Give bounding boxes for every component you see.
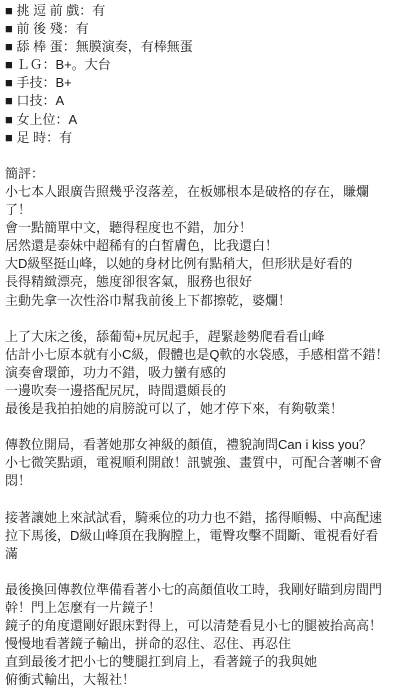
review-paragraph: 最後換回傳教位準備看著小七的高顏值收工時，我剛好瞄到房間門幹！門上怎麼有一片鏡子… — [5, 581, 396, 688]
rating-item: ■ 挑 逗 前 戲：有 — [5, 2, 396, 20]
review-line: 會一點簡單中文，聽得程度也不錯，加分！ — [5, 219, 396, 237]
review-line: 一邊吹奏一邊搭配尻尻，時間還頗長的 — [5, 382, 396, 400]
review-paragraph: 傳教位開局，看著她那女神級的顏值，禮貌詢問Can i kiss you？小七微笑… — [5, 436, 396, 490]
blank-line — [5, 418, 396, 436]
ratings-list: ■ 挑 逗 前 戲：有■ 前 後 殘：有■ 舔 棒 蛋：無膜演奏，有棒無蛋■ Ｌ… — [5, 2, 396, 147]
review-line: 長得精緻漂亮，態度卻很客氣，服務也很好 — [5, 273, 396, 291]
review-line: 估計小七原本就有小C級，假體也是Q軟的水袋感，手感相當不錯！ — [5, 346, 396, 364]
review-line: 滿 — [5, 545, 396, 563]
blank-line — [5, 147, 396, 165]
review-line: 傳教位開局，看著她那女神級的顏值，禮貌詢問Can i kiss you？ — [5, 436, 396, 454]
rating-item: ■ 舔 棒 蛋：無膜演奏，有棒無蛋 — [5, 38, 396, 56]
review-line: 接著讓她上來試試看，騎乘位的功力也不錯，搖得順暢、中高配速 — [5, 509, 396, 527]
blank-line — [5, 310, 396, 328]
review-line: 悶！ — [5, 472, 396, 490]
review-line: 演奏會環節，功力不錯，吸力蠻有感的 — [5, 364, 396, 382]
review-line: 鏡子的角度還剛好跟床對得上，可以清楚看見小七的腿被抬高高！ — [5, 617, 396, 635]
review-line: 小七微笑點頭，電視順利開啟！訊號強、畫質中，可配合著喇不會 — [5, 454, 396, 472]
rating-item: ■ 足 時：有 — [5, 129, 396, 147]
review-line: 簡評： — [5, 165, 396, 183]
review-line: 最後換回傳教位準備看著小七的高顏值收工時，我剛好瞄到房間門 — [5, 581, 396, 599]
review-paragraph: 上了大床之後，舔葡萄+尻尻起手，趕緊趁勢爬看看山峰估計小七原本就有小C級，假體也… — [5, 328, 396, 418]
rating-item: ■ ＬＧ：B+。大台 — [5, 56, 396, 74]
blank-line — [5, 563, 396, 581]
review-line: 慢慢地看著鏡子輸出，拼命的忍住、忍住、再忍住 — [5, 635, 396, 653]
review-body: 簡評：小七本人跟廣告照幾乎沒落差，在板娜根本是破格的存在，賺爛了！會一點簡單中文… — [5, 165, 396, 688]
review-line: 小七本人跟廣告照幾乎沒落差，在板娜根本是破格的存在，賺爛 — [5, 183, 396, 201]
review-line: 主動先拿一次性浴巾幫我前後上下都擦乾，婆爛！ — [5, 292, 396, 310]
review-line: 了！ — [5, 201, 396, 219]
review-line: 居然還是泰妹中超稀有的白皙膚色，比我還白！ — [5, 237, 396, 255]
review-line: 幹！門上怎麼有一片鏡子！ — [5, 599, 396, 617]
review-line: 俯衝式輸出，大報社！ — [5, 671, 396, 688]
review-line: 最後是我拍拍她的肩膀說可以了，她才停下來，有夠敬業！ — [5, 400, 396, 418]
rating-item: ■ 手技：B+ — [5, 74, 396, 92]
review-line: 上了大床之後，舔葡萄+尻尻起手，趕緊趁勢爬看看山峰 — [5, 328, 396, 346]
rating-item: ■ 口技：A — [5, 92, 396, 110]
review-post: ■ 挑 逗 前 戲：有■ 前 後 殘：有■ 舔 棒 蛋：無膜演奏，有棒無蛋■ Ｌ… — [0, 0, 396, 688]
review-line: 直到最後才把小七的雙腿扛到肩上，看著鏡子的我與她 — [5, 653, 396, 671]
rating-item: ■ 女上位：A — [5, 111, 396, 129]
review-line: 大D級堅挺山峰，以她的身材比例有點稍大，但形狀是好看的 — [5, 255, 396, 273]
review-paragraph: 接著讓她上來試試看，騎乘位的功力也不錯，搖得順暢、中高配速拉下馬後，D級山峰頂在… — [5, 509, 396, 563]
review-paragraph: 簡評：小七本人跟廣告照幾乎沒落差，在板娜根本是破格的存在，賺爛了！會一點簡單中文… — [5, 165, 396, 310]
blank-line — [5, 491, 396, 509]
review-line: 拉下馬後，D級山峰頂在我胸膛上，電臀攻擊不間斷、電視看好看 — [5, 527, 396, 545]
rating-item: ■ 前 後 殘：有 — [5, 20, 396, 38]
